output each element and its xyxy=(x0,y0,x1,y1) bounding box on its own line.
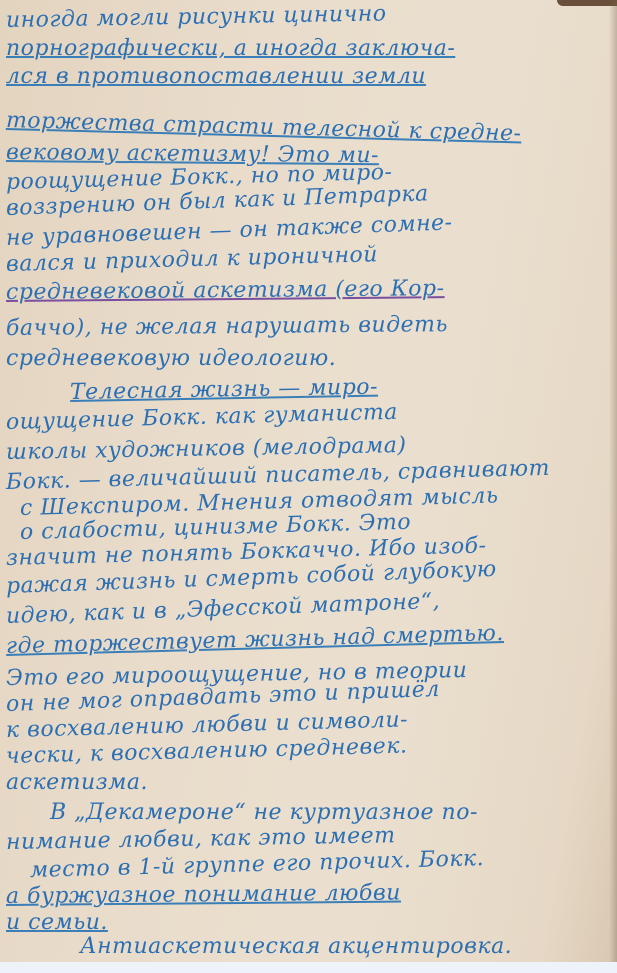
handwritten-line: Антиаскетическая акцентировка. xyxy=(80,934,512,959)
handwritten-line: баччо), не желая нарушать видеть xyxy=(6,312,448,341)
handwritten-line: и семьи. xyxy=(6,910,108,935)
handwritten-line: средневековой аскетизма (его Кор- xyxy=(6,276,445,305)
handwritten-line: где торжествует жизнь над смертью. xyxy=(6,621,504,659)
bottom-margin xyxy=(0,962,617,973)
handwritten-line: В „Декамероне“ не куртуазное по- xyxy=(50,800,478,825)
handwritten-line: ощущение Бокк. как гуманиста xyxy=(6,400,399,435)
handwritten-line: а буржуазное понимание любви xyxy=(6,881,401,909)
notebook-page: иногда могли рисунки цинично порнографич… xyxy=(0,0,617,962)
handwritten-line: лся в противопоставлении земли xyxy=(6,64,426,89)
page-corner-shadow xyxy=(557,0,617,6)
handwritten-line: средневековую идеологию. xyxy=(6,346,336,371)
handwritten-line: порнографически, а иногда заключа- xyxy=(6,36,455,61)
handwritten-line: аскетизма. xyxy=(6,770,148,795)
handwritten-line: иногда могли рисунки цинично xyxy=(6,1,387,33)
